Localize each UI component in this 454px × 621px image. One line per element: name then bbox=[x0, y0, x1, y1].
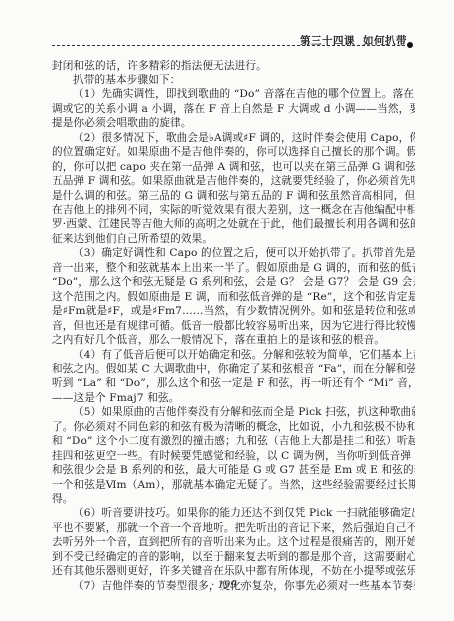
text-line: 五品弹 F 调和弦。如果原曲就是吉他伴奏的，这就要凭经验了，你必须首先听出原唱采… bbox=[52, 175, 415, 188]
text-line: 封闭和弦的话，许多精彩的指法便无法进行。 bbox=[52, 60, 415, 73]
text-line: 调或它的关系小调 a 小调，落在 F 音上自然是 F 大调或 d 小调——当然，… bbox=[52, 103, 415, 116]
text-line: 和 “Do” 这个小二度有激烈的撞击感；九和弦（吉他上大都是挂二和弦）听起来比较… bbox=[52, 435, 415, 448]
text-line: 征来达到他们自己所希望的效果。 bbox=[52, 233, 415, 246]
text-line: 是♯Fm就是♯F，或是♯Fm7……当然，有少数情况例外。如和弦是转位和弦或低音只… bbox=[52, 305, 415, 318]
text-line: 之内有好几个低音，那么一般情况下，落在重拍上的是该和弦的根音。 bbox=[52, 334, 415, 347]
text-line: 音一出来，整个和弦就基本上出来一半了。假如原曲是 G 调的，而和弦的低音弹的是 bbox=[52, 262, 415, 275]
text-line: （2）很多情况下，歌曲会是♭A调或♯F 调的，这时伴奏会使用 Capo，你就得先… bbox=[52, 132, 415, 145]
text-line: 是什么调的和弦。第三品的 G 调和弦与第五品的 F 调和弦虽然音高相同，但由于和… bbox=[52, 190, 415, 203]
header-rule bbox=[52, 45, 410, 46]
text-line: 在吉他上的排列不同，实际的听觉效果有很大差别，这一概念在吉他编配中相当重要。像保 bbox=[52, 204, 415, 217]
text-line: 平也不要紧，那就一个音一个音地听。把先听出的音记下来，然后强迫自己不去听这些音而 bbox=[52, 522, 415, 535]
text-line: （6）听音要讲技巧。如果你的能力还达不到仅凭 Pick 一扫就能够确定出和弦名称… bbox=[52, 507, 415, 520]
text-line: “Do”，那么这个和弦无疑是 G 系列和弦，会是 G？ 会是 G7？ 会是 G9… bbox=[52, 276, 415, 289]
text-line: 挂四和弦更空一些。有时候要凭感觉和经验，以 C 调为例，当你听到低音弹 “Si”… bbox=[52, 450, 415, 463]
text-line: （3）确定好调性和 Capo 的位置之后，便可以开始扒带了。扒带首先是扒的是低音… bbox=[52, 247, 415, 260]
text-line: 了。你必须对不同色彩的和弦有极为清晰的概念，比如说，小九和弦极不协和，因为 “S… bbox=[52, 421, 415, 434]
text-line: 的，你可以把 capo 夹在第一品弹 A 调和弦，也可以夹在第三品弹 G 调和弦… bbox=[52, 161, 415, 174]
text-line: 罗·西蒙、江建民等吉他大师的高明之处就在于此，他们最擅长利用各调和弦的不同音响特 bbox=[52, 218, 415, 231]
text-line: 和弦之内。假如某 C 大调歌曲中，你确定了某和弦根音 “Fa”，而在分解和弦的高… bbox=[52, 363, 415, 376]
text-line: （4）有了低音后便可以开始确定和弦。分解和弦较为简单，它们基本上都落在所猜想的 bbox=[52, 349, 415, 362]
text-line: 的位置确定好。如果原曲不是吉他伴奏的，你可以选择自己擅长的那个调。假设原曲是 B… bbox=[52, 146, 415, 159]
book-page: 第三十四课如何扒带 封闭和弦的话，许多精彩的指法便无法进行。扒带的基本步骤如下：… bbox=[0, 0, 454, 621]
text-line: 听到 “La” 和 “Do”，那么这个和弦一定是 F 和弦，再一听还有个 “Mi… bbox=[52, 377, 415, 390]
text-line: （1）先确实调性，即找到歌曲的 “Do” 音落在吉他的哪个位置上。落在 C 音上… bbox=[52, 88, 415, 101]
text-line: ——这是个 Fmaj7 和弦。 bbox=[52, 392, 415, 405]
text-line: 得。 bbox=[52, 493, 415, 506]
text-line: 扒带的基本步骤如下： bbox=[52, 74, 415, 87]
page-number: · 199 · bbox=[0, 580, 454, 591]
text-line: 到不受已经确定的音的影响，以至于翻来复去听到的都是那个音，这需要耐心。如果伴奏中 bbox=[52, 551, 415, 564]
text-line: 这个范围之内。假如原曲是 E 调，而和弦低音弹的是 “Re”，这个和弦肯定是♯F… bbox=[52, 291, 415, 304]
text-line: 音，但也还是有规律可循。低音一般都比较容易听出来，因为它进行得比较慢，如果一小节 bbox=[52, 320, 415, 333]
text-line: 和弦很少会是 B 系列的和弦，最大可能是 G 或 G7 甚至是 Em 或 E 和… bbox=[52, 464, 415, 477]
text-line: 提是你必须会唱歌曲的旋律。 bbox=[52, 117, 415, 130]
text-line: 一个和弦是Ⅵm（Am），那就基本确定无疑了。当然，这些经验需要经过长期的训练才能… bbox=[52, 479, 415, 492]
text-line: 去听另外一个音，直到把所有的音听出来为止。这个过程是很痛苦的，刚开始你肯定无法做 bbox=[52, 536, 415, 549]
text-line: 还有其他乐器则更好，许多关键音在乐队中都有所体现，不妨在小提琴或弦乐中去找一找。 bbox=[52, 565, 415, 578]
header-rule-dot bbox=[407, 42, 413, 48]
text-line: （5）如果原曲的吉他伴奏没有分解和弦而全是 Pick 扫弦，扒这种歌曲就需要一定… bbox=[52, 406, 415, 419]
